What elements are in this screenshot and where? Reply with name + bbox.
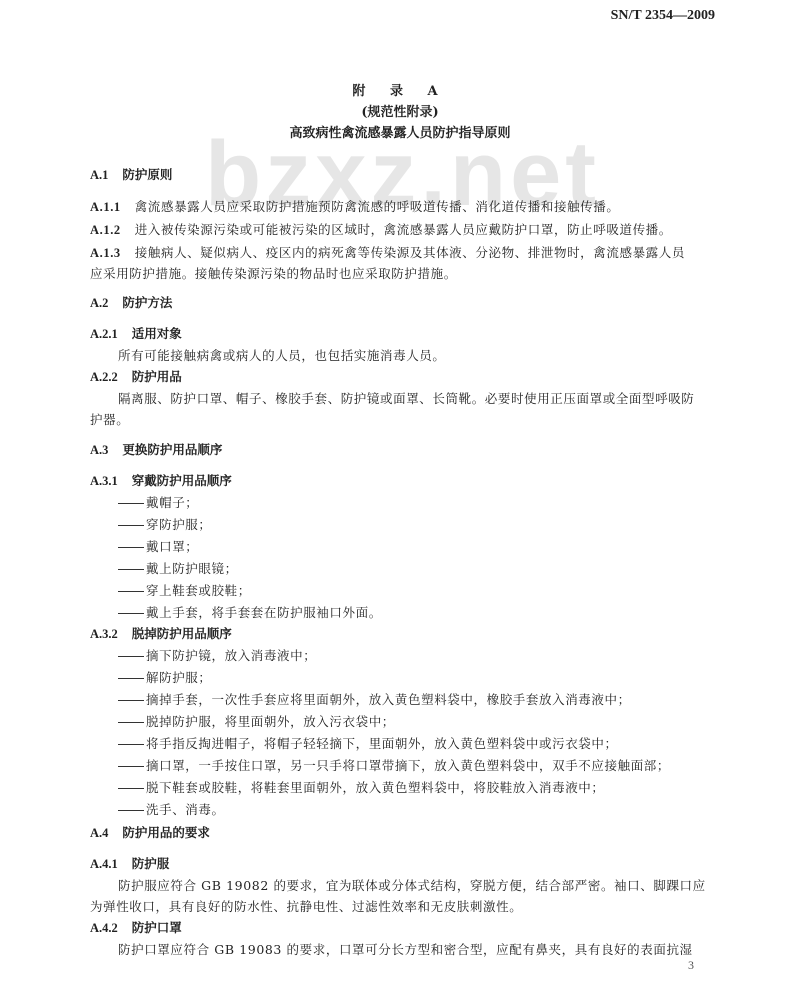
list-item: 摘下防护镜，放入消毒液中；	[118, 646, 316, 664]
clause-text: 进入被传染源污染或可能被污染的区域时，禽流感暴露人员应戴防护口罩，防止呼吸道传播…	[135, 222, 672, 237]
section-heading-a3: A.3更换防护用品顺序	[90, 440, 222, 458]
list-item: 穿上鞋套或胶鞋；	[118, 581, 251, 599]
list-item: 解防护服；	[118, 668, 212, 686]
page-number: 3	[688, 958, 694, 973]
standard-code: SN/T 2354—2009	[611, 8, 715, 24]
subsection-heading-a2-2: A.2.2防护用品	[90, 367, 182, 385]
section-number: A.4	[90, 826, 108, 841]
section-title: 防护用品的要求	[122, 825, 210, 840]
subsection-heading-a4-1: A.4.1防护服	[90, 854, 169, 872]
subsection-title: 脱掉防护用品顺序	[132, 626, 232, 641]
paragraph-a2-1: 所有可能接触病禽或病人的人员，也包括实施消毒人员。	[118, 346, 446, 364]
list-item: 戴帽子；	[118, 493, 198, 511]
list-item: 将手指反掏进帽子，将帽子轻轻摘下，里面朝外，放入黄色塑料袋中或污衣袋中；	[118, 734, 618, 752]
section-number: A.2	[90, 296, 108, 311]
subsection-heading-a3-2: A.3.2脱掉防护用品顺序	[90, 624, 232, 642]
list-item: 穿防护服；	[118, 515, 212, 533]
paragraph-a4-1: 防护服应符合 GB 19082 的要求，宜为联体或分体式结构，穿脱方便，结合部严…	[118, 876, 706, 894]
clause-number: A.1.2	[90, 223, 121, 238]
section-heading-a2: A.2防护方法	[90, 293, 172, 311]
list-item-text: 戴上防护眼镜；	[146, 561, 238, 576]
subsection-number: A.3.2	[90, 627, 118, 642]
section-title: 更换防护用品顺序	[122, 442, 222, 457]
list-item-text: 戴口罩；	[146, 539, 198, 554]
subsection-title: 防护用品	[132, 369, 182, 384]
annex-title: 高致病性禽流感暴露人员防护指导原则	[0, 122, 800, 141]
list-item-text: 洗手、消毒。	[146, 802, 225, 817]
list-item: 摘掉手套，一次性手套应将里面朝外，放入黄色塑料袋中，橡胶手套放入消毒液中；	[118, 690, 631, 708]
subsection-title: 适用对象	[132, 326, 182, 341]
section-heading-a4: A.4防护用品的要求	[90, 823, 210, 841]
subsection-number: A.2.1	[90, 327, 118, 342]
section-number: A.1	[90, 168, 108, 183]
paragraph-a2-2-continued: 护器。	[90, 410, 129, 428]
list-item-text: 将手指反掏进帽子，将帽子轻轻摘下，里面朝外，放入黄色塑料袋中或污衣袋中；	[146, 736, 618, 751]
list-item: 洗手、消毒。	[118, 800, 225, 818]
subsection-title: 防护服	[132, 856, 170, 871]
paragraph-a2-2: 隔离服、防护口罩、帽子、橡胶手套、防护镜或面罩、长筒靴。必要时使用正压面罩或全面…	[118, 389, 694, 407]
subsection-number: A.4.1	[90, 857, 118, 872]
list-item-text: 摘下防护镜，放入消毒液中；	[146, 648, 316, 663]
list-item-text: 脱掉防护服，将里面朝外，放入污衣袋中；	[146, 714, 395, 729]
subsection-number: A.4.2	[90, 921, 118, 936]
subsection-number: A.3.1	[90, 474, 118, 489]
clause-number: A.1.1	[90, 200, 121, 215]
list-item-text: 脱下鞋套或胶鞋，将鞋套里面朝外，放入黄色塑料袋中，将胶鞋放入消毒液中；	[146, 780, 605, 795]
list-item: 戴上手套，将手套套在防护服袖口外面。	[118, 603, 382, 621]
clause-a1-1: A.1.1禽流感暴露人员应采取防护措施预防禽流感的呼吸道传播、消化道传播和接触传…	[90, 197, 619, 215]
clause-text: 禽流感暴露人员应采取防护措施预防禽流感的呼吸道传播、消化道传播和接触传播。	[135, 199, 620, 214]
list-item: 脱下鞋套或胶鞋，将鞋套里面朝外，放入黄色塑料袋中，将胶鞋放入消毒液中；	[118, 778, 605, 796]
section-number: A.3	[90, 443, 108, 458]
section-title: 防护方法	[122, 295, 172, 310]
subsection-number: A.2.2	[90, 370, 118, 385]
clause-a1-2: A.1.2进入被传染源污染或可能被污染的区域时，禽流感暴露人员应戴防护口罩，防止…	[90, 220, 672, 238]
subsection-title: 防护口罩	[132, 920, 182, 935]
list-item-text: 戴帽子；	[146, 495, 198, 510]
list-item-text: 戴上手套，将手套套在防护服袖口外面。	[146, 605, 382, 620]
list-item-text: 穿上鞋套或胶鞋；	[146, 583, 251, 598]
list-item: 脱掉防护服，将里面朝外，放入污衣袋中；	[118, 712, 395, 730]
list-item: 戴口罩；	[118, 537, 198, 555]
annex-type: (规范性附录)	[0, 101, 800, 120]
clause-a1-3-continued: 应采用防护措施。接触传染源污染的物品时也应采取防护措施。	[90, 264, 457, 282]
paragraph-a4-2: 防护口罩应符合 GB 19083 的要求，口罩可分长方型和密合型，应配有鼻夹，具…	[118, 940, 693, 958]
subsection-heading-a4-2: A.4.2防护口罩	[90, 918, 182, 936]
subsection-heading-a3-1: A.3.1穿戴防护用品顺序	[90, 471, 232, 489]
paragraph-a4-1-continued: 为弹性收口，具有良好的防水性、抗静电性、过滤性效率和无皮肤刺激性。	[90, 897, 522, 915]
list-item-text: 解防护服；	[146, 670, 212, 685]
annex-label: 附 录 A	[0, 80, 800, 99]
clause-a1-3: A.1.3接触病人、疑似病人、疫区内的病死禽等传染源及其体液、分泌物、排泄物时，…	[90, 243, 685, 261]
list-item: 戴上防护眼镜；	[118, 559, 238, 577]
clause-text: 接触病人、疑似病人、疫区内的病死禽等传染源及其体液、分泌物、排泄物时，禽流感暴露…	[135, 245, 685, 260]
clause-number: A.1.3	[90, 246, 121, 261]
subsection-title: 穿戴防护用品顺序	[132, 473, 232, 488]
list-item-text: 穿防护服；	[146, 517, 212, 532]
list-item-text: 摘掉手套，一次性手套应将里面朝外，放入黄色塑料袋中，橡胶手套放入消毒液中；	[146, 692, 631, 707]
section-title: 防护原则	[122, 167, 172, 182]
list-item: 摘口罩，一手按住口罩，另一只手将口罩带摘下，放入黄色塑料袋中，双手不应接触面部；	[118, 756, 670, 774]
section-heading-a1: A.1防护原则	[90, 165, 172, 183]
list-item-text: 摘口罩，一手按住口罩，另一只手将口罩带摘下，放入黄色塑料袋中，双手不应接触面部；	[146, 758, 670, 773]
subsection-heading-a2-1: A.2.1适用对象	[90, 324, 182, 342]
